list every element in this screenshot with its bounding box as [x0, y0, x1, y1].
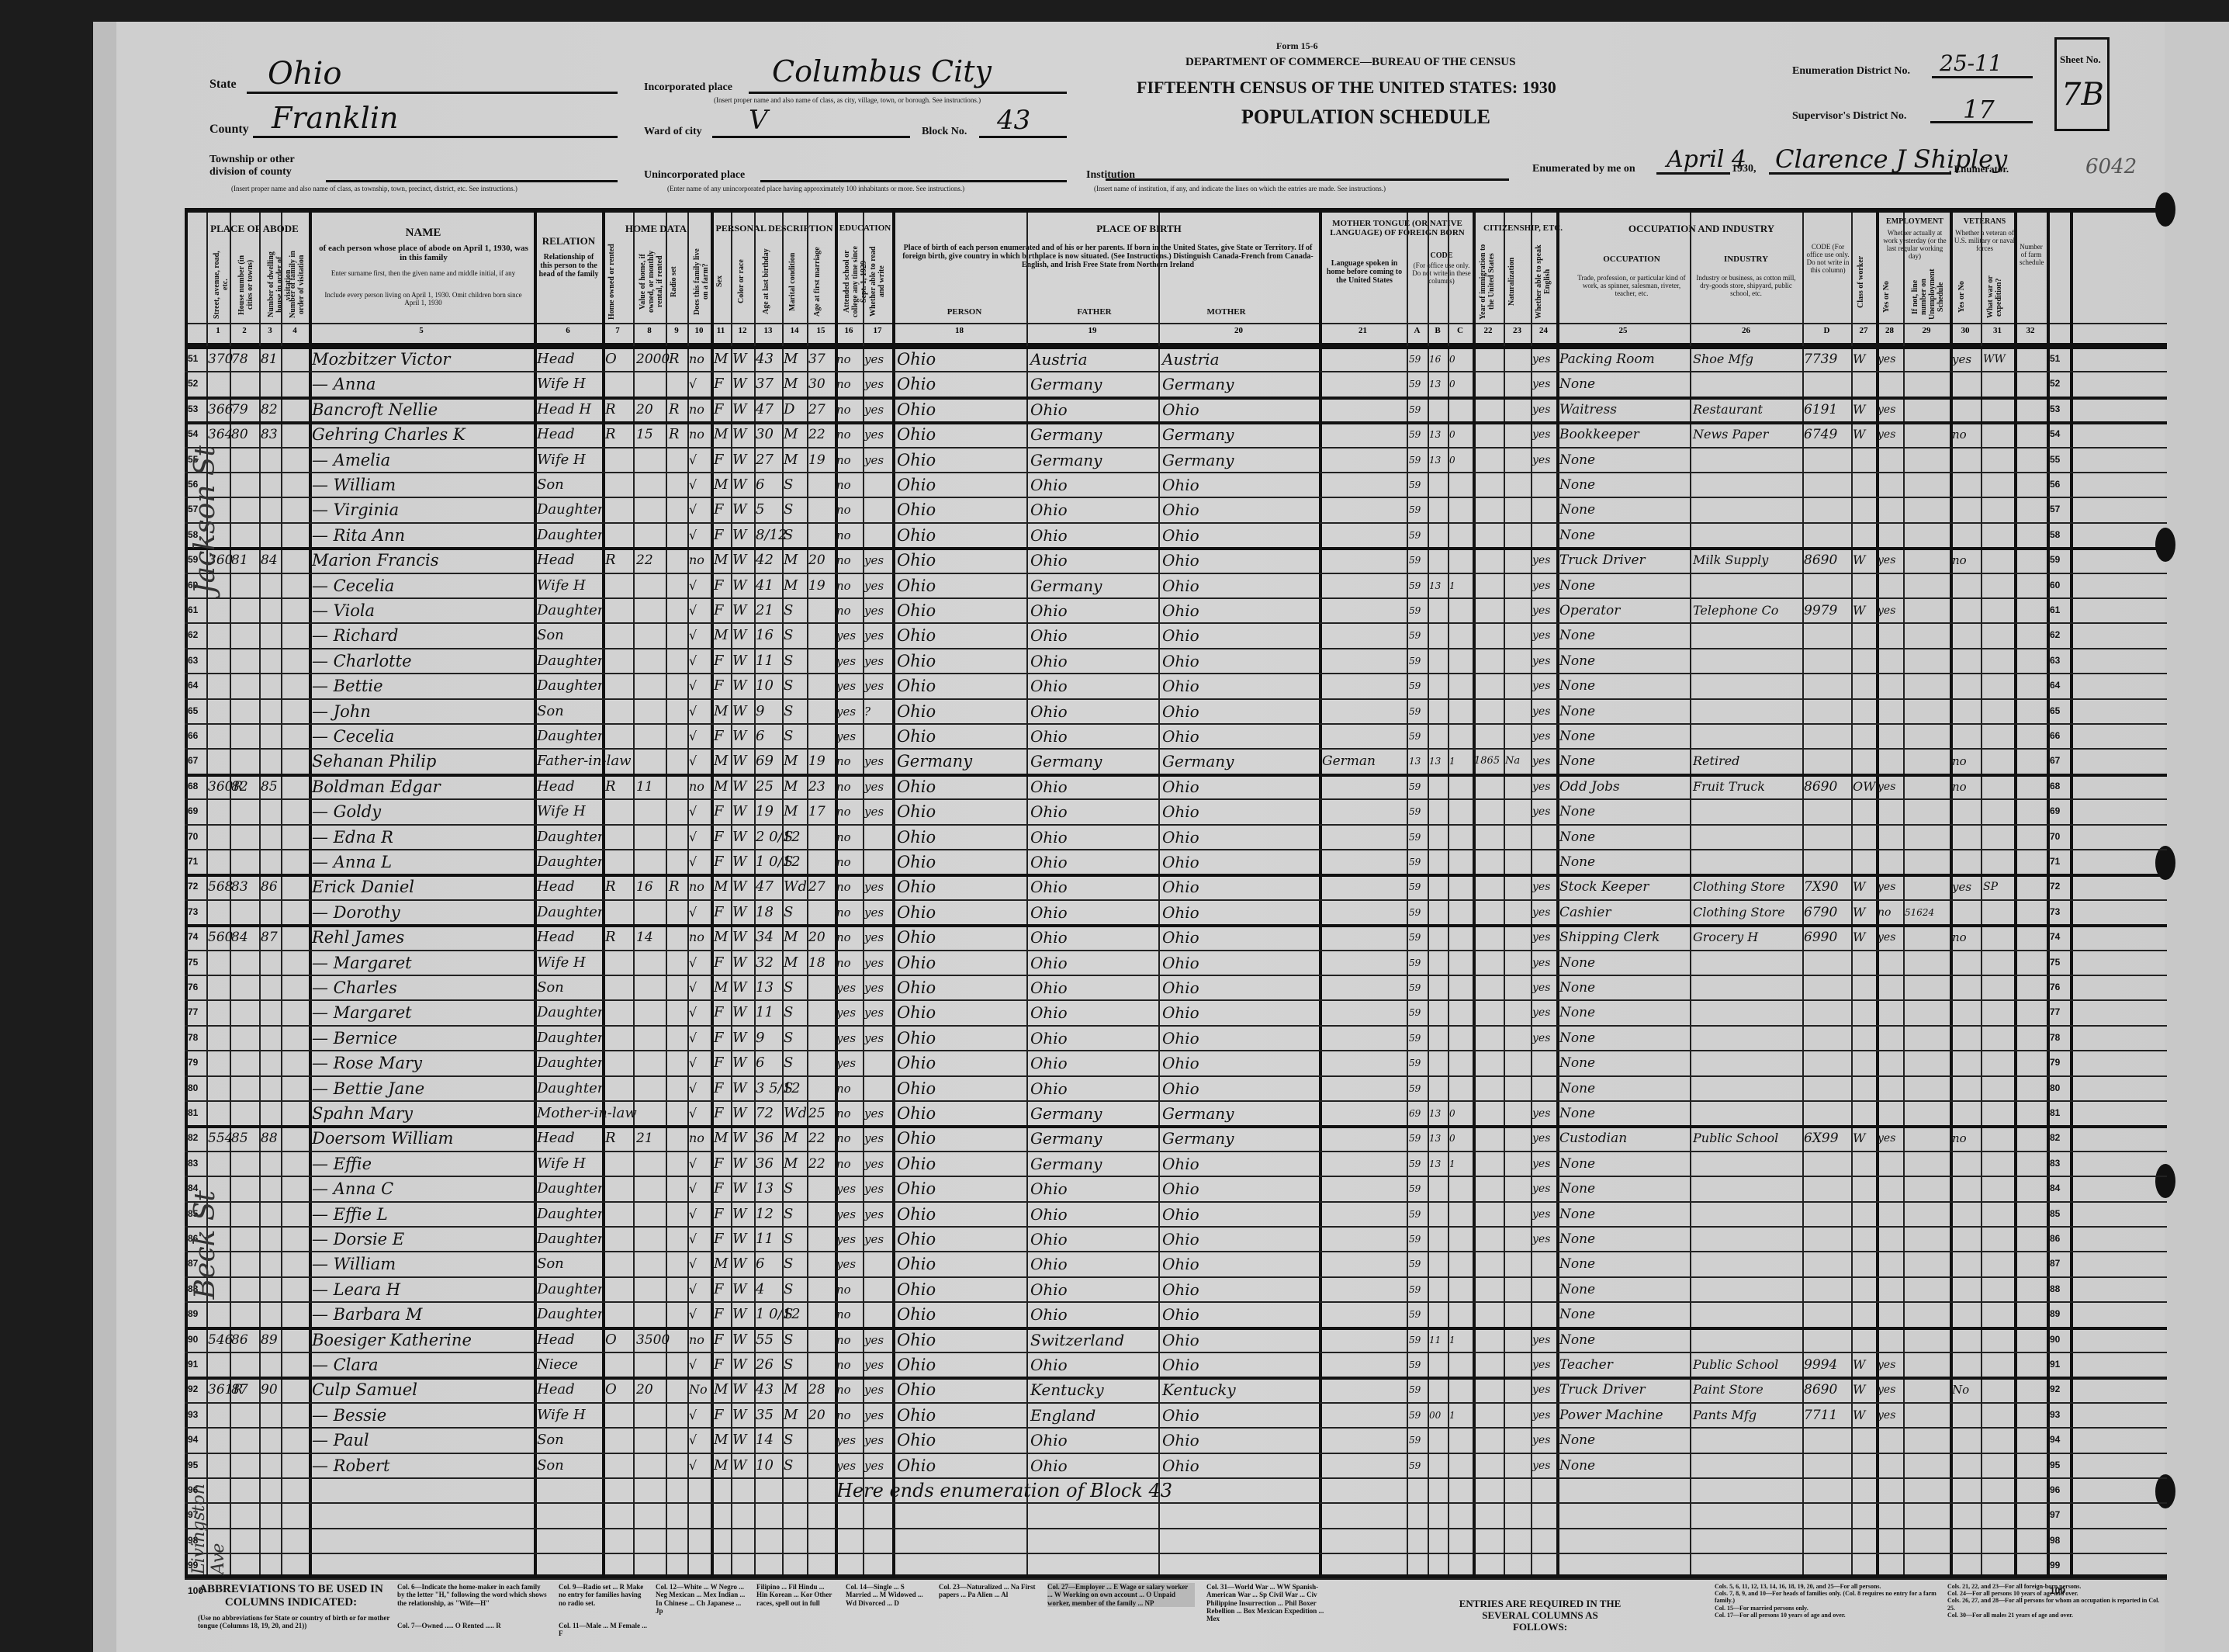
cell-school: yes [836, 1453, 863, 1477]
line-number-right: 95 [2050, 1453, 2060, 1477]
cell-farm: √ [689, 698, 711, 723]
col-unemployment-line-header: If not, line number on Unemployment Sche… [1911, 275, 1934, 320]
cell-name: Culp Samuel [312, 1377, 534, 1401]
cell-age: 6 [756, 472, 782, 497]
cell-marital: S [784, 622, 807, 647]
cell-occupation: None [1559, 723, 1690, 748]
group-citizenship: CITIZENSHIP, ETC. [1476, 223, 1570, 233]
cell-relation: Father-in-law [537, 748, 602, 773]
cell-mother: Ohio [1162, 1075, 1317, 1100]
cell-birth: Ohio [897, 774, 1025, 798]
cell-birth: Ohio [897, 622, 1025, 647]
table-row: 9292361R8790Culp SamuelHeadO20NoMW43M28n… [185, 1377, 2167, 1401]
cell-father: Ohio [1030, 547, 1158, 572]
cell-marital: S [784, 648, 807, 673]
cell-mother: Ohio [1162, 547, 1317, 572]
col-english-header: Whether able to speak English [1535, 244, 1549, 320]
cell-sex: F [714, 597, 731, 622]
cell-age: 13 [756, 975, 782, 999]
cell-marital: M [784, 1377, 807, 1401]
cell-occupation: None [1559, 371, 1690, 396]
cell-read: yes [864, 950, 892, 975]
cell-birth: Ohio [897, 397, 1025, 421]
cell-vet: yes [1952, 874, 1980, 899]
cell-class: W [1853, 1377, 1876, 1401]
cell-birth: Ohio [897, 1050, 1025, 1075]
col-veteran-yes-no-header: Yes or No [1957, 275, 1971, 320]
cell-birth: Ohio [897, 999, 1025, 1024]
cell-farm: √ [689, 798, 711, 823]
cell-relation: Daughter [537, 1276, 602, 1301]
cell-marital: Wd [784, 1100, 807, 1125]
form-number: Form 15-6 [1276, 40, 1318, 52]
cell-sex: F [714, 648, 731, 673]
cell-birth: Ohio [897, 673, 1025, 698]
cell-class: W [1853, 1352, 1876, 1377]
cell-read: yes [864, 597, 892, 622]
cell-birth: Ohio [897, 698, 1025, 723]
industry-header: INDUSTRY [1690, 255, 1802, 264]
cell-owned: O [605, 1327, 633, 1352]
cell-relation: Wife H [537, 447, 602, 472]
column-number: 23 [1504, 326, 1531, 335]
cell-read: yes [864, 1352, 892, 1377]
cell-age: 43 [756, 346, 782, 371]
ward-label: Ward of city [644, 126, 702, 138]
cell-vet: No [1952, 1377, 1980, 1401]
cell-mother: Ohio [1162, 1402, 1317, 1427]
cell-birth: Ohio [897, 1226, 1025, 1251]
cell-code-a: 59 [1409, 397, 1428, 421]
cell-marital: M [784, 547, 807, 572]
cell-dwelling: 84 [231, 924, 259, 949]
cell-age: 72 [756, 1100, 782, 1125]
cell-english: yes [1532, 999, 1556, 1024]
enumerated-year: 1930, [1732, 163, 1757, 175]
cell-sex: M [714, 874, 731, 899]
cell-sex: F [714, 573, 731, 597]
column-number: 1 [206, 326, 230, 335]
cell-relation: Daughter [537, 1301, 602, 1326]
cell-age: 18 [756, 899, 782, 924]
cell-birth: Ohio [897, 648, 1025, 673]
cell-mother: Ohio [1162, 824, 1317, 849]
cell-unemp: 51624 [1905, 899, 1948, 924]
cell-birth: Ohio [897, 723, 1025, 748]
line-number: 77 [188, 999, 198, 1024]
line-number: 66 [188, 723, 198, 748]
cell-sex: F [714, 824, 731, 849]
cell-dwelling: 85 [231, 1125, 259, 1150]
cell-age: 6 [756, 1050, 782, 1075]
cell-war: WW [1983, 346, 2014, 371]
cell-name: Marion Francis [312, 547, 534, 572]
column-number: C [1448, 326, 1473, 335]
cell-occupation: None [1559, 573, 1690, 597]
cell-code-b: 13 [1429, 1125, 1448, 1150]
cell-name: — Leara H [312, 1276, 534, 1301]
cell-unemp [1905, 346, 1948, 371]
cell-marital: M [784, 573, 807, 597]
cell-code-d: 6749 [1804, 421, 1850, 446]
cell-age: 21 [756, 597, 782, 622]
abbrev-title: ABBREVIATIONS TO BE USED IN COLUMNS INDI… [198, 1583, 384, 1610]
cell-farm: √ [689, 1402, 711, 1427]
cell-age-marr: 27 [808, 397, 835, 421]
incorporated-label: Incorporated place [644, 81, 732, 94]
cell-sex: F [714, 1025, 731, 1050]
cell-birth: Ohio [897, 522, 1025, 547]
cell-mother: Ohio [1162, 472, 1317, 497]
cell-farm: √ [689, 1151, 711, 1176]
cell-age: 1 0/12 [756, 849, 782, 874]
line-number: 62 [188, 622, 198, 647]
table-row: 8989— Barbara MDaughter√FW1 0/12SnoOhioO… [185, 1301, 2167, 1326]
cell-family: 88 [261, 1125, 281, 1150]
cell-marital: M [784, 1151, 807, 1176]
cell-school: yes [836, 723, 863, 748]
township-label: Township or other division of county [209, 154, 318, 178]
cell-occupation: None [1559, 622, 1690, 647]
cell-age-marr: 28 [808, 1377, 835, 1401]
cell-occupation: None [1559, 1201, 1690, 1226]
cell-english: yes [1532, 874, 1556, 899]
cell-sex: M [714, 698, 731, 723]
cell-code-a: 59 [1409, 975, 1428, 999]
cell-mother: Ohio [1162, 1201, 1317, 1226]
cell-mother: Ohio [1162, 497, 1317, 521]
cell-radio: R [669, 346, 687, 371]
cell-code-a: 59 [1409, 472, 1428, 497]
cell-occupation: None [1559, 673, 1690, 698]
line-number: 80 [188, 1075, 198, 1100]
cell-work: yes [1878, 1377, 1902, 1401]
line-number-right: 85 [2050, 1201, 2060, 1226]
cell-marital: S [784, 472, 807, 497]
cell-birth: Ohio [897, 899, 1025, 924]
cell-house: 546 [208, 1327, 230, 1352]
cell-sex: F [714, 1201, 731, 1226]
line-number: 82 [188, 1125, 198, 1150]
cell-code-a: 59 [1409, 648, 1428, 673]
language-description: Language spoken in home before coming to… [1324, 259, 1405, 285]
column-number: 29 [1903, 326, 1950, 335]
cell-occupation: None [1559, 1176, 1690, 1200]
cell-work: yes [1878, 1352, 1902, 1377]
cell-age: 19 [756, 798, 782, 823]
cell-marital: M [784, 346, 807, 371]
cell-owned: R [605, 1125, 633, 1150]
cell-family: 89 [261, 1327, 281, 1352]
cell-school: yes [836, 1176, 863, 1200]
line-number: 92 [188, 1377, 198, 1401]
cell-marital: Wd [784, 874, 807, 899]
cell-father: Ohio [1030, 1025, 1158, 1050]
cell-mother: Ohio [1162, 622, 1317, 647]
cell-relation: Son [537, 698, 602, 723]
county-value: Franklin [272, 101, 398, 135]
table-row: 9393— BessieWife H√FW35M20noyesOhioEngla… [185, 1402, 2167, 1427]
page-edge [2165, 22, 2229, 1652]
sheet-label: Sheet No. [2060, 54, 2101, 66]
cell-age: 8/12 [756, 522, 782, 547]
cell-industry: Milk Supply [1693, 547, 1802, 572]
cell-code-a: 59 [1409, 899, 1428, 924]
table-row: 8585— Effie LDaughter√FW12SyesyesOhioOhi… [185, 1201, 2167, 1226]
cell-work: yes [1878, 346, 1902, 371]
cell-value: 21 [636, 1125, 666, 1150]
cell-birth: Ohio [897, 924, 1025, 949]
cell-work: yes [1878, 874, 1902, 899]
abbrev-col14: Col. 14—Single ... S Married ... M Widow… [846, 1583, 931, 1607]
line-number: 83 [188, 1151, 198, 1176]
cell-code-a: 59 [1409, 371, 1428, 396]
cell-age: 37 [756, 371, 782, 396]
line-number-right: 51 [2050, 346, 2060, 371]
cell-occupation: Custodian [1559, 1125, 1690, 1150]
cell-house: 366 [208, 397, 230, 421]
cell-sex: M [714, 421, 731, 446]
cell-school: no [836, 597, 863, 622]
cell-english: yes [1532, 648, 1556, 673]
cell-farm: √ [689, 597, 711, 622]
line-number-right: 79 [2050, 1050, 2060, 1075]
cell-industry: Grocery H [1693, 924, 1802, 949]
cell-code-a: 59 [1409, 597, 1428, 622]
cell-father: Ohio [1030, 975, 1158, 999]
cell-marital: M [784, 748, 807, 773]
cell-name: — John [312, 698, 534, 723]
cell-mother: Ohio [1162, 1025, 1317, 1050]
table-row: 6464— BettieDaughter√FW10SyesyesOhioOhio… [185, 673, 2167, 698]
cell-relation: Daughter [537, 1201, 602, 1226]
cell-birth: Ohio [897, 346, 1025, 371]
cell-name: — William [312, 1251, 534, 1276]
cell-relation: Son [537, 1251, 602, 1276]
cell-mother: Ohio [1162, 1151, 1317, 1176]
cell-sex: F [714, 723, 731, 748]
cell-family: 90 [261, 1377, 281, 1401]
cell-work: yes [1878, 774, 1902, 798]
cell-marital: S [784, 1176, 807, 1200]
cell-dwelling: 87 [231, 1377, 259, 1401]
cell-class: W [1853, 597, 1876, 622]
cell-father: Ohio [1030, 849, 1158, 874]
cell-house: 361R [208, 1377, 230, 1401]
cell-father: Ohio [1030, 798, 1158, 823]
cell-name: — Cecelia [312, 723, 534, 748]
cell-race: W [732, 698, 754, 723]
cell-industry: Shoe Mfg [1693, 346, 1802, 371]
cell-industry: Clothing Store [1693, 874, 1802, 899]
cell-war: SP [1983, 874, 2014, 899]
cell-occupation: None [1559, 648, 1690, 673]
cell-sex: M [714, 1251, 731, 1276]
cell-mother: Ohio [1162, 1251, 1317, 1276]
cell-marital: S [784, 698, 807, 723]
column-number: 32 [2014, 326, 2047, 335]
cell-mother: Ohio [1162, 573, 1317, 597]
cell-birth: Ohio [897, 1402, 1025, 1427]
cell-race: W [732, 371, 754, 396]
table-row: 5858— Rita AnnDaughter√FW8/12SnoOhioOhio… [185, 522, 2167, 547]
cell-marital: S [784, 1352, 807, 1377]
cell-age-marr: 30 [808, 371, 835, 396]
cell-industry: News Paper [1693, 421, 1802, 446]
cell-age: 14 [756, 1427, 782, 1452]
col-race-header: Color or race [737, 244, 751, 320]
cell-industry: Paint Store [1693, 1377, 1802, 1401]
line-number-right: 52 [2050, 371, 2060, 396]
cell-school: no [836, 472, 863, 497]
column-number: 8 [633, 326, 666, 335]
table-row: 8686— Dorsie EDaughter√FW11SyesyesOhioOh… [185, 1226, 2167, 1251]
cell-code-a: 59 [1409, 547, 1428, 572]
cell-school: no [836, 1377, 863, 1401]
cell-sex: F [714, 849, 731, 874]
cell-relation: Wife H [537, 950, 602, 975]
cell-birth: Ohio [897, 1201, 1025, 1226]
cell-race: W [732, 999, 754, 1024]
cell-mother: Ohio [1162, 849, 1317, 874]
cell-race: W [732, 1352, 754, 1377]
cell-immig: 1865 [1474, 748, 1504, 773]
cell-marital: S [784, 1226, 807, 1251]
line-number: 73 [188, 899, 198, 924]
cell-name: — Anna [312, 371, 534, 396]
cell-english: yes [1532, 1427, 1556, 1452]
cell-mother: Germany [1162, 447, 1317, 472]
cell-name: Erick Daniel [312, 874, 534, 899]
supervisor-label: Supervisor's District No. [1792, 110, 1906, 123]
cell-race: W [732, 547, 754, 572]
cell-relation: Wife H [537, 798, 602, 823]
cell-occupation: Waitress [1559, 397, 1690, 421]
cell-sex: F [714, 1327, 731, 1352]
birth-person-header: PERSON [902, 307, 1026, 317]
population-table: PLACE OF ABODE NAME of each person whose… [185, 208, 2167, 1579]
group-veterans: VETERANS [1954, 217, 2016, 226]
cell-age: 2 0/12 [756, 824, 782, 849]
cell-age: 32 [756, 950, 782, 975]
cell-relation: Head [537, 874, 602, 899]
cell-sex: F [714, 397, 731, 421]
table-row: 82825548588Doersom WilliamHeadR21noMW36M… [185, 1125, 2167, 1150]
state-underline [247, 92, 618, 94]
cell-occupation: None [1559, 999, 1690, 1024]
cell-birth: Ohio [897, 1327, 1025, 1352]
table-row: 7777— MargaretDaughter√FW11SyesyesOhioOh… [185, 999, 2167, 1024]
cell-name: — Bettie [312, 673, 534, 698]
cell-school: yes [836, 648, 863, 673]
cell-radio: R [669, 421, 687, 446]
table-row: 6868360R8285Boldman EdgarHeadR11noMW25M2… [185, 774, 2167, 798]
cell-sex: M [714, 1427, 731, 1452]
cell-farm: no [689, 874, 711, 899]
col-war-header: What war or expedition? [1986, 275, 2000, 320]
cell-code-b: 13 [1429, 748, 1448, 773]
cell-read: yes [864, 573, 892, 597]
cell-school: no [836, 1075, 863, 1100]
line-number-right: 57 [2050, 497, 2060, 521]
cell-age: 26 [756, 1352, 782, 1377]
cell-code-a: 59 [1409, 1402, 1428, 1427]
cell-farm: √ [689, 497, 711, 521]
cell-birth: Ohio [897, 1276, 1025, 1301]
code-d-header: CODE (For office use only. Do not write … [1805, 244, 1851, 275]
cell-age: 5 [756, 497, 782, 521]
cell-age: 11 [756, 1226, 782, 1251]
cell-age: 6 [756, 723, 782, 748]
cell-occupation: Truck Driver [1559, 1377, 1690, 1401]
cell-school: no [836, 774, 863, 798]
cell-sex: M [714, 346, 731, 371]
entries-rule: Col. 17—For all persons 10 years of age … [1715, 1612, 1940, 1619]
cell-father: Kentucky [1030, 1377, 1158, 1401]
column-number: 9 [666, 326, 687, 335]
table-row: 8181Spahn MaryMother-in-law√FW72Wd25noye… [185, 1100, 2167, 1125]
cell-race: W [732, 975, 754, 999]
line-number-right: 98 [2050, 1528, 2060, 1553]
table-row: 8888— Leara HDaughter√FW4SnoOhioOhioOhio… [185, 1276, 2167, 1301]
cell-race: W [732, 824, 754, 849]
cell-name: — Paul [312, 1427, 534, 1452]
cell-name: — Virginia [312, 497, 534, 521]
cell-mother: Ohio [1162, 924, 1317, 949]
cell-vet: no [1952, 1125, 1980, 1150]
cell-sex: F [714, 1276, 731, 1301]
cell-code-c: 0 [1449, 346, 1471, 371]
cell-name: — Amelia [312, 447, 534, 472]
cell-code-b: 13 [1429, 1100, 1448, 1125]
cell-race: W [732, 1377, 754, 1401]
cell-father: Ohio [1030, 950, 1158, 975]
line-number-right: 54 [2050, 421, 2060, 446]
cell-school: yes [836, 698, 863, 723]
cell-occupation: None [1559, 975, 1690, 999]
cell-work: yes [1878, 547, 1902, 572]
cell-race: W [732, 447, 754, 472]
column-number: 11 [711, 326, 731, 335]
cell-age: 55 [756, 1327, 782, 1352]
cell-read: yes [864, 421, 892, 446]
entries-rule: Cols. 7, 8, 9, and 10—For heads of famil… [1715, 1590, 1940, 1604]
column-number: 10 [687, 326, 711, 335]
cell-father: Ohio [1030, 899, 1158, 924]
cell-age: 35 [756, 1402, 782, 1427]
cell-read: yes [864, 975, 892, 999]
enum-district-label: Enumeration District No. [1792, 65, 1910, 78]
line-number-right: 55 [2050, 447, 2060, 472]
table-row: 6767Sehanan PhilipFather-in-law√MW69M19n… [185, 748, 2167, 773]
cell-farm: √ [689, 1352, 711, 1377]
table-row: 8484— Anna CDaughter√FW13SyesyesOhioOhio… [185, 1176, 2167, 1200]
cell-marital: M [784, 1402, 807, 1427]
table-row: 7070— Edna RDaughter√FW2 0/12SnoOhioOhio… [185, 824, 2167, 849]
cell-mother: Ohio [1162, 950, 1317, 975]
cell-lang [1322, 346, 1406, 371]
cell-marital: M [784, 421, 807, 446]
cell-farm: √ [689, 522, 711, 547]
cell-class: W [1853, 924, 1876, 949]
abbrev-col31: Col. 31—World War ... WW Spanish-America… [1206, 1583, 1331, 1623]
line-number-right: 84 [2050, 1176, 2060, 1200]
cell-sex: F [714, 950, 731, 975]
abbrev-col12: Col. 12—White ... W Negro ... Neg Mexica… [656, 1583, 749, 1615]
cell-code-a: 59 [1409, 1276, 1428, 1301]
cell-value: 20 [636, 1377, 666, 1401]
cell-occupation: None [1559, 522, 1690, 547]
